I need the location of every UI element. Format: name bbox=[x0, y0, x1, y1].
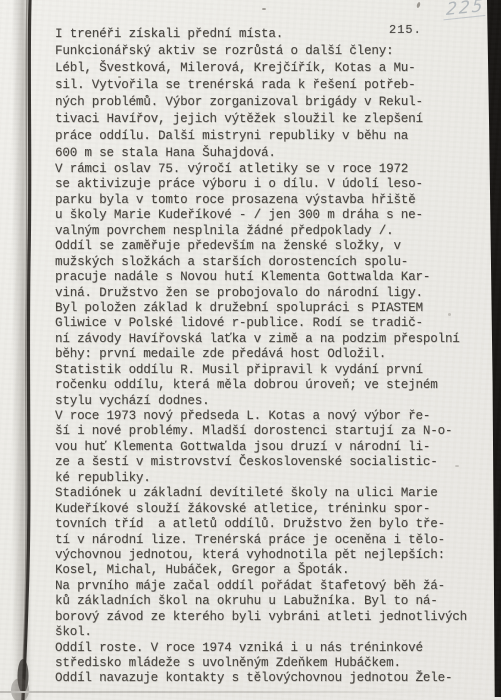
document-page: 215. 225 I trenéři získali přední místa.… bbox=[0, 0, 501, 700]
text-line: sil. Vytvořila se trenérská rada k řešen… bbox=[55, 77, 485, 94]
handwritten-page-number: 225 bbox=[443, 0, 486, 20]
scan-speck bbox=[448, 313, 451, 316]
text-line: parku byla v tomto roce prosazena výstav… bbox=[55, 193, 485, 208]
text-line: škol. bbox=[55, 625, 485, 640]
text-line: ků základních škol na okruhu u Labužníka… bbox=[55, 594, 485, 609]
text-line: běhy: první medaile zde předává host Odl… bbox=[55, 347, 485, 362]
text-line: ší i nové problémy. Mladší dorostenci st… bbox=[55, 424, 485, 439]
scan-speck bbox=[262, 8, 266, 10]
scan-speck bbox=[416, 2, 421, 9]
text-line: středisko mládeže s uvolněným Zdeňkem Hu… bbox=[55, 656, 485, 671]
text-line: Lébl, Švestková, Milerová, Krejčířík, Ko… bbox=[55, 60, 485, 77]
text-line: valným povrchem nesplnila žádné předpokl… bbox=[55, 224, 485, 239]
scan-speck bbox=[118, 76, 121, 78]
text-line: Oddíl roste. V roce 1974 vzniká i u nás … bbox=[55, 641, 485, 656]
text-line: ných problémů. Výbor zorganizoval brigád… bbox=[55, 94, 485, 111]
text-line: stylu vychází dodnes. bbox=[55, 394, 485, 409]
text-line: Oddíl navazuje kontakty s tělovýchovnou … bbox=[55, 671, 485, 686]
text-line: tí v národní lize. Trenérská práce je oc… bbox=[55, 533, 485, 548]
text-line: ze a šestí v mistrovství Československé … bbox=[55, 455, 485, 470]
text-line: Byl položen základ k družební spolupráci… bbox=[55, 301, 485, 316]
text-line: Gliwice v Polské lidové r-publice. Rodí … bbox=[55, 316, 485, 331]
text-line: borový závod ze kterého byli vybráni atl… bbox=[55, 610, 485, 625]
text-line: Statistik oddílu R. Musil připravil k vy… bbox=[55, 363, 485, 378]
text-line: mužských složkách a starších dorostencíc… bbox=[55, 255, 485, 270]
text-line: Na prvního máje začal oddíl pořádat štaf… bbox=[55, 579, 485, 594]
text-line: viná. Družstvo žen se probojovalo do nár… bbox=[55, 286, 485, 301]
bottom-scan-line bbox=[0, 691, 438, 693]
text-line: ké republiky. bbox=[55, 471, 485, 486]
text-line: V roce 1973 nový předseda L. Kotas a nov… bbox=[55, 409, 485, 424]
text-line: se aktivizuje práce výboru i o dílu. V ú… bbox=[55, 177, 485, 192]
text-line: ročenku oddílu, která měla dobrou úroveň… bbox=[55, 378, 485, 393]
text-line: vou huť Klementa Gottwalda jsou druzí v … bbox=[55, 440, 485, 455]
scan-speck bbox=[455, 465, 459, 467]
text-line: u školy Marie Kudeříkové - / jen 300 m d… bbox=[55, 208, 485, 223]
text-line: 600 m se stala Hana Šuhajdová. bbox=[55, 145, 485, 162]
text-line: práce oddílu. Další mistryni republiky v… bbox=[55, 128, 485, 145]
text-line: tivaci Havířov, jejich výtěžek sloužil k… bbox=[55, 111, 485, 128]
text-line: V rámci oslav 75. výročí atletiky se v r… bbox=[55, 162, 485, 177]
text-line: Kudeříkové slouží žákovské atletice, tré… bbox=[55, 502, 485, 517]
left-fold-line bbox=[0, 0, 50, 700]
right-scan-edge bbox=[487, 0, 501, 697]
text-line: tovních tříd a atletů oddílů. Družstvo ž… bbox=[55, 517, 485, 532]
text-line: výchovnou jednotou, která vyhodnotila pě… bbox=[55, 548, 485, 563]
text-line: Stadiónek u základní devítileté školy na… bbox=[55, 486, 485, 501]
text-line: pracuje nadále s Novou hutí Klementa Got… bbox=[55, 270, 485, 285]
text-line: ní závody Havířovská laťka v zimě a na p… bbox=[55, 332, 485, 347]
document-text: I trenéři získali přední místa.Funkcioná… bbox=[55, 26, 485, 687]
text-line: I trenéři získali přední místa. bbox=[55, 26, 485, 43]
text-line: Kosel, Michal, Hubáček, Gregor a Špoták. bbox=[55, 563, 485, 578]
text-line: Oddíl se zaměřuje především na ženské sl… bbox=[55, 239, 485, 254]
text-line: Funkcionářský aktiv se rozrůstá o další … bbox=[55, 43, 485, 60]
